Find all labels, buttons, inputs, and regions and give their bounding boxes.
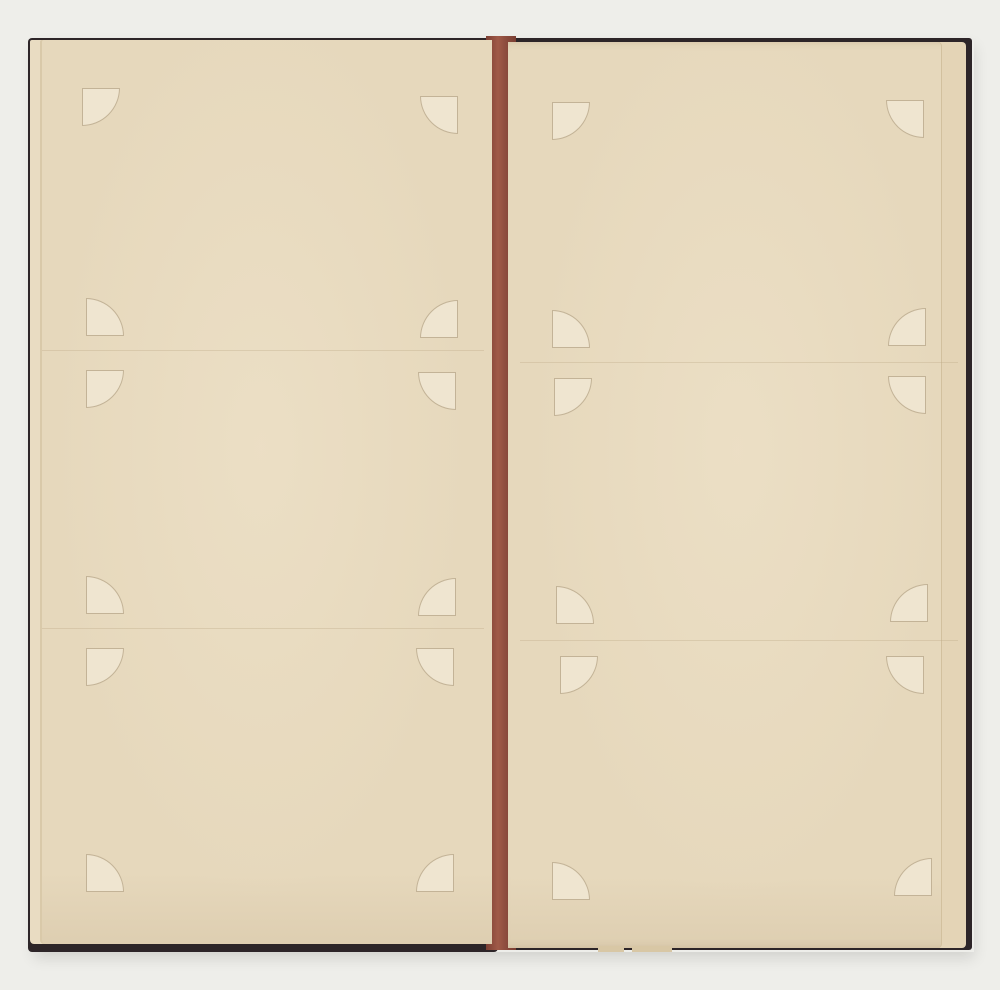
fold-line: [520, 362, 958, 363]
right-page: [508, 42, 966, 948]
page-edge-tab: [598, 946, 624, 952]
fold-line: [520, 640, 958, 641]
left-page: [30, 40, 492, 944]
fold-line: [42, 628, 484, 629]
fold-line: [42, 350, 484, 351]
photo-album: [0, 0, 1000, 990]
page-edge-tab: [632, 946, 672, 952]
